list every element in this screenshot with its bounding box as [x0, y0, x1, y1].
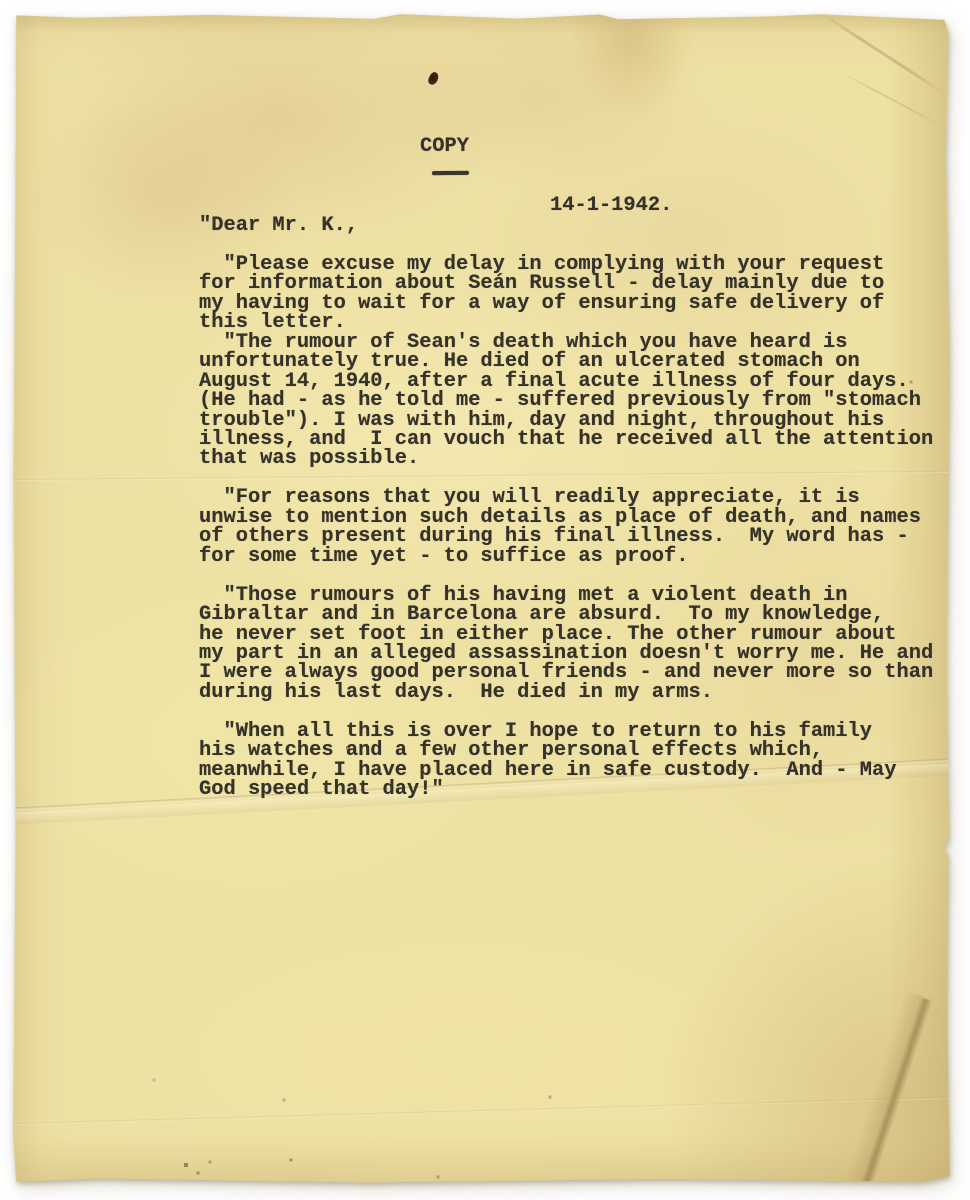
- paper-speckles: [13, 14, 15, 16]
- scan-background: COPY 14-1-1942. "Dear Mr. K., "Please ex…: [0, 0, 970, 1200]
- ink-blot-spot: [427, 71, 441, 87]
- letter-date: 14-1-1942.: [550, 196, 672, 216]
- letter-body-text: "Dear Mr. K., "Please excuse my delay in…: [199, 216, 933, 800]
- heading-underline-rule: [432, 171, 469, 175]
- corner-crease-top-right-2: [838, 70, 945, 128]
- fold-crease-lower: [0, 1097, 964, 1126]
- letter-paper: COPY 14-1-1942. "Dear Mr. K., "Please ex…: [13, 14, 950, 1183]
- corner-crease-top-right: [819, 11, 946, 95]
- letter-heading: COPY: [420, 137, 469, 157]
- paper-shadow: COPY 14-1-1942. "Dear Mr. K., "Please ex…: [0, 0, 970, 1200]
